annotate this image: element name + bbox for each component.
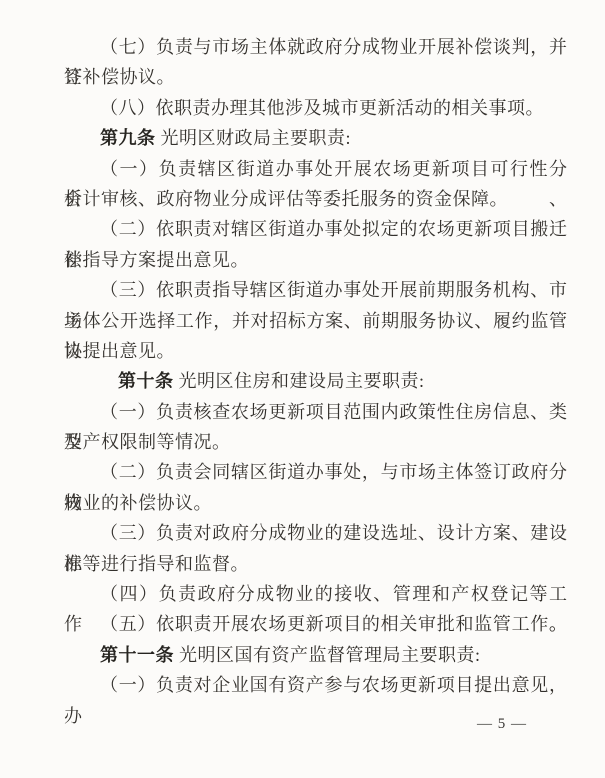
text-line: （二）负责会同辖区街道办事处，与市场主体签订政府分成 (64, 457, 567, 487)
text-line: 准等进行指导和监督。 (64, 549, 567, 579)
text-line: 物业的补偿协议。 (64, 488, 567, 518)
article-number: 第十条 (118, 371, 174, 391)
document-body: （七）负责与市场主体就政府分成物业开展补偿谈判，并签 订补偿协议。 （八）依职责… (64, 32, 567, 701)
article-title: 光明区国有资产监督管理局主要职责: (174, 645, 481, 665)
text-line: （三）依职责指导辖区街道办事处开展前期服务机构、市场 (64, 275, 567, 305)
document-page: （七）负责与市场主体就政府分成物业开展补偿谈判，并签 订补偿协议。 （八）依职责… (0, 0, 605, 778)
text-line: （五）依职责开展农场更新项目的相关审批和监管工作。 (64, 609, 567, 639)
text-line: （四）负责政府分成物业的接收、管理和产权登记等工作。 (64, 579, 567, 609)
page-number: — 5 — (477, 714, 527, 734)
article-title: 光明区财政局主要职责: (156, 128, 352, 148)
text-line: 偿指导方案提出意见。 (64, 245, 567, 275)
article-number: 第十一条 (100, 645, 174, 665)
text-line: 主体公开选择工作，并对招标方案、前期服务协议、履约监管协 (64, 306, 567, 336)
text-line: 议提出意见。 (64, 336, 567, 366)
text-line: 会计审核、政府物业分成评估等委托服务的资金保障。 (64, 184, 567, 214)
text-line: （三）负责对政府分成物业的建设选址、设计方案、建设标 (64, 518, 567, 548)
text-line: （一）负责辖区街道办事处开展农场更新项目可行性分析、 (64, 154, 567, 184)
text-line: （七）负责与市场主体就政府分成物业开展补偿谈判，并签 (64, 32, 567, 62)
article-title: 光明区住房和建设局主要职责: (174, 371, 425, 391)
text-line: （二）依职责对辖区街道办事处拟定的农场更新项目搬迁补 (64, 214, 567, 244)
text-line: 订补偿协议。 (64, 62, 567, 92)
article-heading: 第十一条 光明区国有资产监督管理局主要职责: (64, 640, 567, 670)
article-heading: 第九条 光明区财政局主要职责: (64, 123, 567, 153)
text-line: 及产权限制等情况。 (64, 427, 567, 457)
text-line: （八）依职责办理其他涉及城市更新活动的相关事项。 (64, 93, 567, 123)
article-heading: 第十条 光明区住房和建设局主要职责: (64, 366, 567, 396)
text-line: （一）负责核查农场更新项目范围内政策性住房信息、类型 (64, 397, 567, 427)
article-number: 第九条 (100, 128, 156, 148)
text-line: （一）负责对企业国有资产参与农场更新项目提出意见，办 (64, 670, 567, 700)
